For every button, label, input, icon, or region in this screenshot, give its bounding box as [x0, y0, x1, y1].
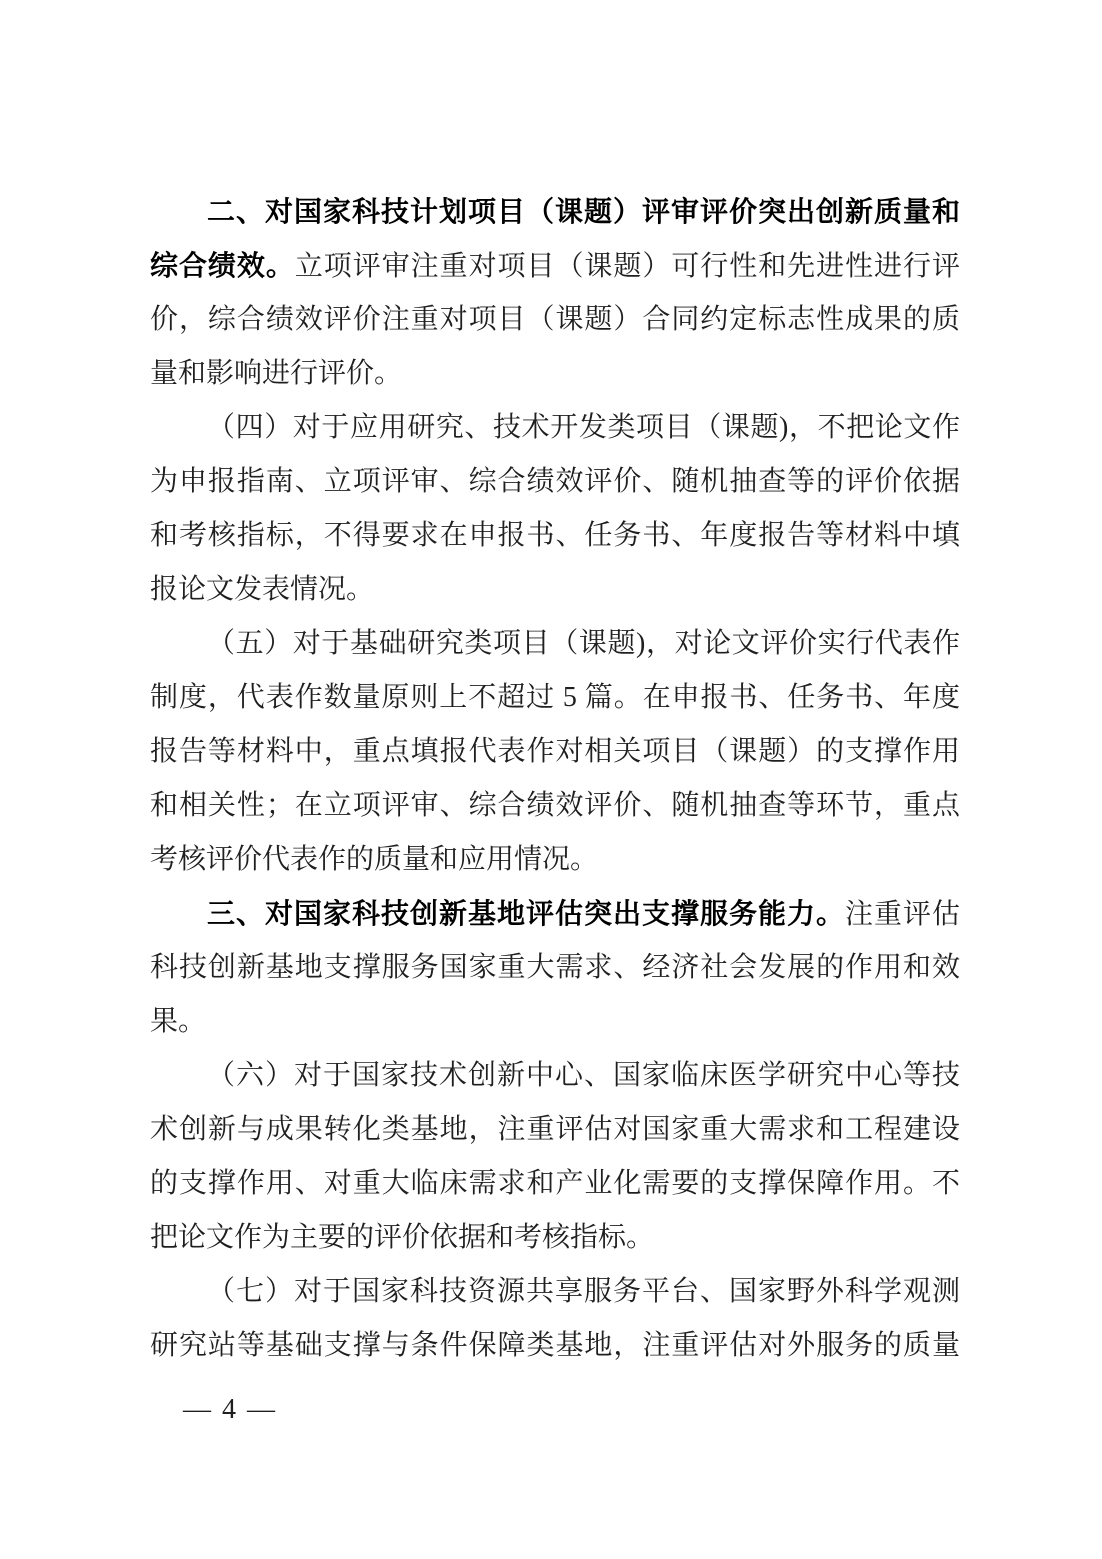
text-line: （五）对于基础研究类项目（课题)，对论文评价实行代表作: [150, 617, 960, 671]
text-line: 量和影响进行评价。: [150, 347, 960, 401]
paragraph-section-3: 三、对国家科技创新基地评估突出支撑服务能力。注重评估科技创新基地支撑服务国家重大…: [150, 887, 960, 1049]
body-text: 考核评价代表作的质量和应用情况。: [150, 844, 598, 875]
text-line: 考核评价代表作的质量和应用情况。: [150, 833, 960, 887]
text-line: 和考核指标，不得要求在申报书、任务书、年度报告等材料中填: [150, 509, 960, 563]
body-text: 量和影响进行评价。: [150, 358, 402, 389]
body-text: 注重评估: [845, 899, 960, 930]
body-text: 研究站等基础支撑与条件保障类基地，注重评估对外服务的质量: [150, 1330, 960, 1361]
text-line: 把论文作为主要的评价依据和考核指标。: [150, 1211, 960, 1265]
text-line: （四）对于应用研究、技术开发类项目（课题)，不把论文作: [150, 401, 960, 455]
paragraph-section-2: 二、对国家科技计划项目（课题）评审评价突出创新质量和综合绩效。立项评审注重对项目…: [150, 185, 960, 401]
text-line: （六）对于国家技术创新中心、国家临床医学研究中心等技: [150, 1049, 960, 1103]
body-text: （六）对于国家技术创新中心、国家临床医学研究中心等技: [207, 1060, 960, 1091]
body-text: 术创新与成果转化类基地，注重评估对国家重大需求和工程建设: [150, 1114, 960, 1145]
body-text: 的支撑作用、对重大临床需求和产业化需要的支撑保障作用。不: [150, 1168, 960, 1199]
body-text: 报告等材料中，重点填报代表作对相关项目（课题）的支撑作用: [150, 736, 960, 767]
section-heading-text: 二、对国家科技计划项目（课题）评审评价突出创新质量和: [207, 196, 960, 227]
text-line: 三、对国家科技创新基地评估突出支撑服务能力。注重评估: [150, 887, 960, 941]
body-text: 科技创新基地支撑服务国家重大需求、经济社会发展的作用和效: [150, 952, 960, 983]
section-heading-text: 三、对国家科技创新基地评估突出支撑服务能力。: [207, 898, 845, 929]
body-text: 和考核指标，不得要求在申报书、任务书、年度报告等材料中填: [150, 520, 960, 551]
text-line: 综合绩效。立项评审注重对项目（课题）可行性和先进性进行评: [150, 239, 960, 293]
paragraph-item-4: （四）对于应用研究、技术开发类项目（课题)，不把论文作为申报指南、立项评审、综合…: [150, 401, 960, 617]
text-line: 和相关性；在立项评审、综合绩效评价、随机抽查等环节，重点: [150, 779, 960, 833]
body-text: 立项评审注重对项目（课题）可行性和先进性进行评: [295, 251, 960, 282]
paragraph-item-7: （七）对于国家科技资源共享服务平台、国家野外科学观测研究站等基础支撑与条件保障类…: [150, 1265, 960, 1373]
body-text: （四）对于应用研究、技术开发类项目（课题)，不把论文作: [207, 412, 960, 443]
text-line: 二、对国家科技计划项目（课题）评审评价突出创新质量和: [150, 185, 960, 239]
body-text: 果。: [150, 1006, 206, 1037]
body-text: （七）对于国家科技资源共享服务平台、国家野外科学观测: [207, 1276, 960, 1307]
paragraph-item-6: （六）对于国家技术创新中心、国家临床医学研究中心等技术创新与成果转化类基地，注重…: [150, 1049, 960, 1265]
text-line: （七）对于国家科技资源共享服务平台、国家野外科学观测: [150, 1265, 960, 1319]
page-number: — 4 —: [183, 1390, 277, 1430]
text-line: 报告等材料中，重点填报代表作对相关项目（课题）的支撑作用: [150, 725, 960, 779]
text-line: 为申报指南、立项评审、综合绩效评价、随机抽查等的评价依据: [150, 455, 960, 509]
body-text: 把论文作为主要的评价依据和考核指标。: [150, 1222, 654, 1253]
section-heading-text: 综合绩效。: [150, 250, 295, 281]
body-text: 制度，代表作数量原则上不超过 5 篇。在申报书、任务书、年度: [150, 682, 960, 713]
body-text: 报论文发表情况。: [150, 574, 374, 605]
paragraph-item-5: （五）对于基础研究类项目（课题)，对论文评价实行代表作制度，代表作数量原则上不超…: [150, 617, 960, 887]
body-text: 和相关性；在立项评审、综合绩效评价、随机抽查等环节，重点: [150, 790, 960, 821]
text-line: 研究站等基础支撑与条件保障类基地，注重评估对外服务的质量: [150, 1319, 960, 1373]
document-page: 二、对国家科技计划项目（课题）评审评价突出创新质量和综合绩效。立项评审注重对项目…: [0, 0, 1102, 1559]
body-text: （五）对于基础研究类项目（课题)，对论文评价实行代表作: [207, 628, 960, 659]
body-text: 为申报指南、立项评审、综合绩效评价、随机抽查等的评价依据: [150, 466, 960, 497]
text-line: 制度，代表作数量原则上不超过 5 篇。在申报书、任务书、年度: [150, 671, 960, 725]
document-body: 二、对国家科技计划项目（课题）评审评价突出创新质量和综合绩效。立项评审注重对项目…: [150, 185, 960, 1373]
text-line: 果。: [150, 995, 960, 1049]
text-line: 的支撑作用、对重大临床需求和产业化需要的支撑保障作用。不: [150, 1157, 960, 1211]
text-line: 科技创新基地支撑服务国家重大需求、经济社会发展的作用和效: [150, 941, 960, 995]
text-line: 术创新与成果转化类基地，注重评估对国家重大需求和工程建设: [150, 1103, 960, 1157]
text-line: 报论文发表情况。: [150, 563, 960, 617]
body-text: 价，综合绩效评价注重对项目（课题）合同约定标志性成果的质: [150, 304, 960, 335]
text-line: 价，综合绩效评价注重对项目（课题）合同约定标志性成果的质: [150, 293, 960, 347]
